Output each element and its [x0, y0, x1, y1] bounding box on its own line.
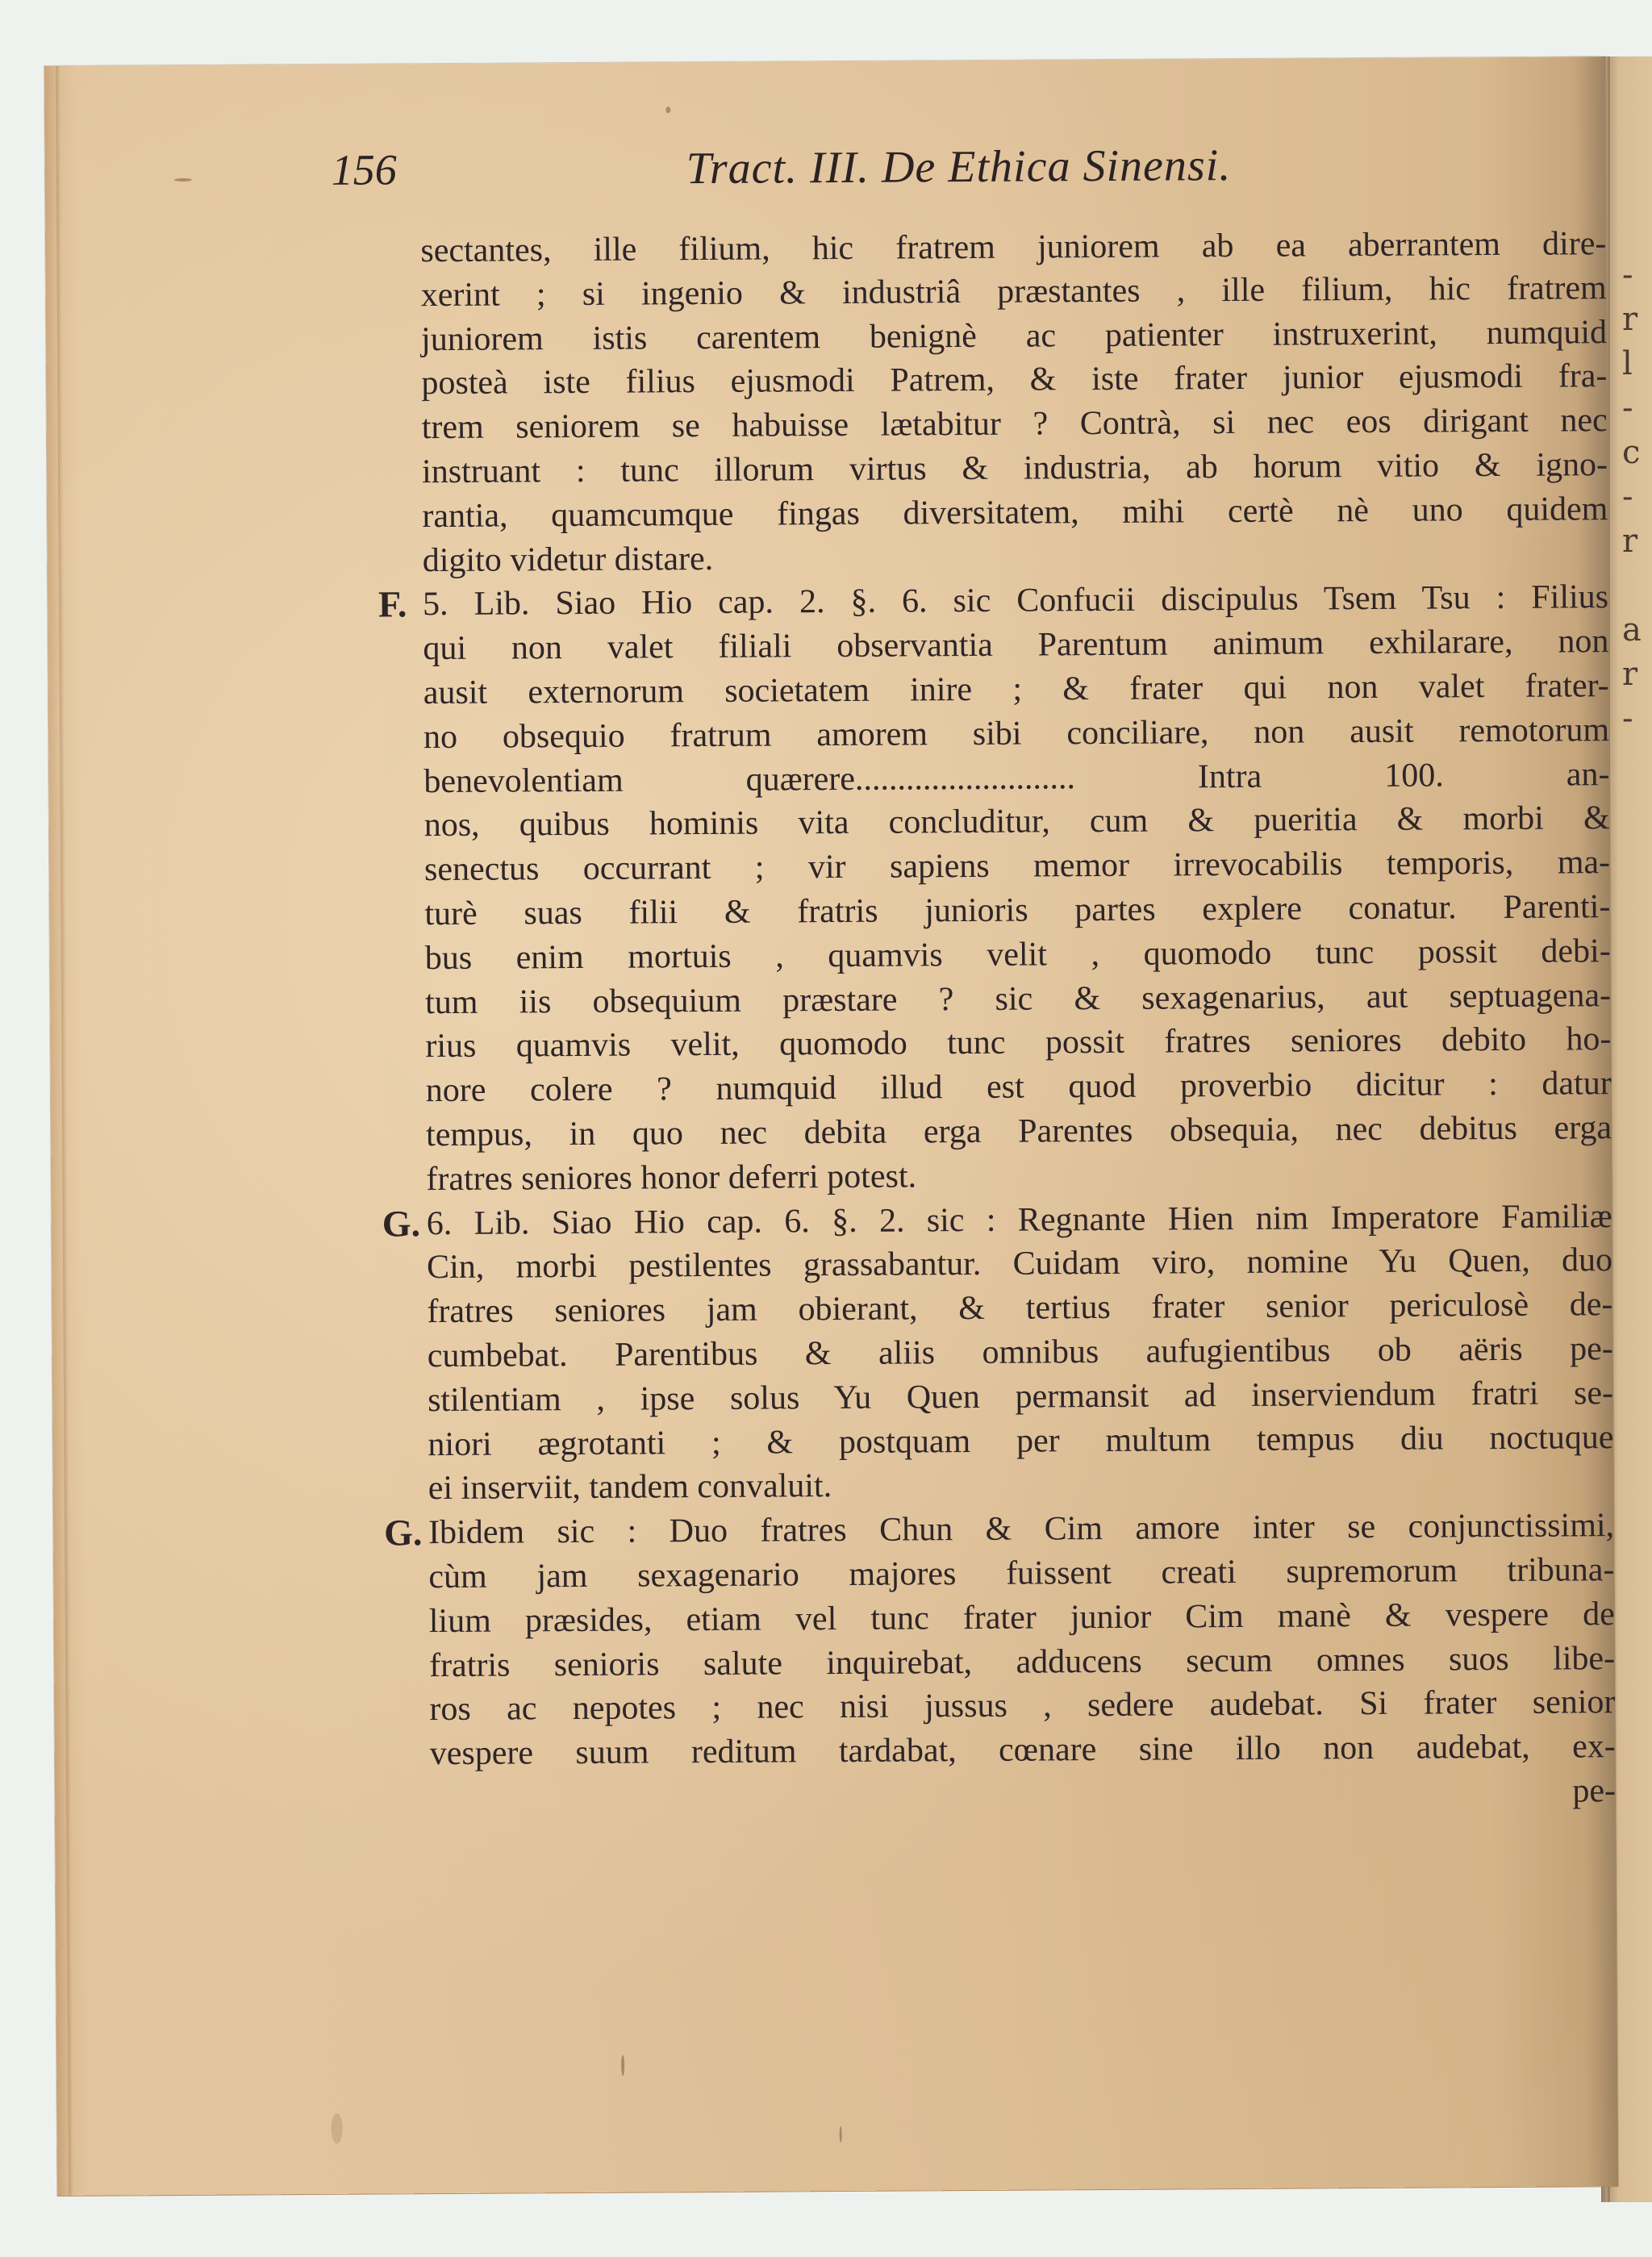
paper-stain: [332, 2113, 343, 2144]
text-line: ausit externorum societatem inire ; & fr…: [423, 664, 1609, 715]
text-line: niori ægrotanti ; & postquam per multum …: [428, 1416, 1613, 1467]
note-F: F. 5. Lib. Siao Hio cap. 2. §. 6. sic Co…: [378, 576, 1612, 1202]
paper-speck: [840, 2126, 842, 2142]
running-title: Tract. III. De Ethica Sinensi.: [686, 140, 1232, 194]
text-line: vespere suum reditum tardabat, cœnare si…: [430, 1725, 1616, 1776]
text-line: 5. Lib. Siao Hio cap. 2. §. 6. sic Confu…: [423, 576, 1608, 628]
text-line: 6. Lib. Siao Hio cap. 6. §. 2. sic : Reg…: [427, 1195, 1612, 1246]
text-line: fratres seniores honor deferri potest.: [426, 1150, 1612, 1202]
text-line: stilentiam , ipse solus Yu Quen permansi…: [428, 1371, 1613, 1423]
text-line: turè suas filii & fratris junioris parte…: [424, 885, 1610, 937]
facing-page-fragment: c: [1622, 434, 1640, 471]
text-line: tum iis obsequium præstare ? sic & sexag…: [425, 974, 1611, 1025]
text-line: ei inserviit, tandem convaluit.: [428, 1459, 1614, 1511]
text-line: digito videtur distare.: [423, 532, 1608, 583]
paragraph-continuation: sectantes, ille filium, hic fratrem juni…: [376, 222, 1608, 583]
facing-page-fragment: -: [1622, 478, 1633, 515]
body-text: sectantes, ille filium, hic fratrem juni…: [376, 222, 1616, 1821]
facing-page-fragment: -: [1622, 390, 1633, 427]
paper-speck: [665, 106, 670, 113]
text-line: lium præsides, etiam vel tunc frater jun…: [429, 1592, 1615, 1644]
book-page: 156 Tract. III. De Ethica Sinensi. secta…: [44, 56, 1618, 2196]
text-line: Ibidem sic : Duo fratres Chun & Cim amor…: [428, 1504, 1614, 1555]
paper-speck: [174, 178, 192, 181]
facing-page-fragment: -: [1622, 257, 1633, 294]
text-line: Cin, morbi pestilentes grassabantur. Cui…: [427, 1238, 1612, 1290]
text-line: sectantes, ille filium, hic fratrem juni…: [420, 222, 1606, 273]
text-line: senectus occurrant ; vir sapiens memor i…: [424, 841, 1610, 892]
text-line: nos, quibus hominis vita concluditur, cu…: [424, 797, 1610, 849]
facing-page-fragment: r: [1622, 656, 1637, 693]
text-line: bus enim mortuis , quamvis velit , quomo…: [425, 929, 1611, 981]
text-line: instruant : tunc illorum virtus & indust…: [422, 443, 1608, 494]
note-G-1: G. 6. Lib. Siao Hio cap. 6. §. 2. sic : …: [382, 1195, 1614, 1512]
note-marker: G.: [382, 1202, 421, 1246]
text-line: tempus, in quo nec debita erga Parentes …: [426, 1106, 1612, 1158]
facing-page-fragment: -: [1622, 700, 1633, 737]
text-line: fratris senioris salute inquirebat, addu…: [429, 1637, 1615, 1688]
text-line: rantia, quamcumque fingas diversitatem, …: [422, 487, 1608, 539]
note-G-2: G. Ibidem sic : Duo fratres Chun & Cim a…: [384, 1504, 1616, 1821]
text-line: qui non valet filiali observantia Parent…: [423, 620, 1608, 671]
note-marker: F.: [378, 583, 407, 628]
text-line: juniorem istis carentem benignè ac patie…: [421, 311, 1607, 362]
facing-page-fragment: r: [1622, 301, 1637, 338]
catchword: pe-: [430, 1769, 1616, 1821]
text-line: ros ac nepotes ; nec nisi jussus , seder…: [429, 1680, 1615, 1732]
text-line: trem seniorem se habuisse lætabitur ? Co…: [422, 398, 1608, 450]
text-line: xerint ; si ingenio & industriâ præstant…: [421, 266, 1607, 318]
text-line: posteà iste filius ejusmodi Patrem, & is…: [421, 355, 1607, 407]
text-line: nore colere ? numquid illud est quod pro…: [426, 1062, 1612, 1113]
text-line: rius quamvis velit, quomodo tunc possit …: [425, 1018, 1611, 1070]
paper-speck: [621, 2055, 624, 2076]
note-marker: G.: [384, 1511, 423, 1555]
text-line: no obsequio fratrum amorem sibi concilia…: [423, 708, 1609, 760]
facing-page-fragment: l: [1622, 345, 1633, 382]
running-head: 156 Tract. III. De Ethica Sinensi.: [332, 138, 1541, 202]
text-line: cumbebat. Parentibus & aliis omnibus auf…: [428, 1327, 1613, 1379]
text-line: fratres seniores jam obierant, & tertius…: [427, 1283, 1612, 1334]
facing-page-fragment: a: [1622, 611, 1642, 649]
text-line: cùm jam sexagenario majores fuissent cre…: [428, 1548, 1614, 1600]
page-number: 156: [332, 144, 397, 194]
facing-page-fragment: r: [1622, 523, 1637, 560]
text-line: benevolentiam quærere...................…: [423, 753, 1609, 804]
